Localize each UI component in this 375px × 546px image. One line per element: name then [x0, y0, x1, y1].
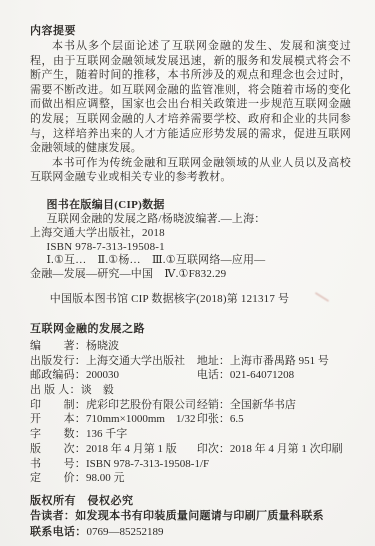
- contact-phone-label: 联系电话：: [30, 526, 87, 538]
- cip-line: ISBN 978-7-313-19508-1: [30, 241, 351, 255]
- colophon-label: 开 本：: [30, 413, 86, 425]
- colophon-value: 136 千字: [86, 428, 127, 440]
- colophon-value: 谈 毅: [81, 384, 114, 396]
- summary-paragraph: 本书从多个层面论述了互联网金融的发生、发展和演变过程，由于互联网金融领域发展迅速…: [30, 39, 351, 156]
- colophon-row: 版 次：2018 年 4 月第 1 版 印次：2018 年 4 月第 1 次印刷: [30, 442, 351, 457]
- colophon-value: 98.00 元: [86, 472, 125, 484]
- colophon-value: 虎彩印艺股份有限公司: [86, 399, 196, 411]
- colophon-label: 编 著：: [30, 340, 86, 352]
- colophon-value: 上海交通大学出版社: [86, 355, 185, 367]
- colophon-right-cell: [197, 339, 351, 354]
- colophon-label: 字 数：: [30, 428, 86, 440]
- colophon-right-cell: 印次：2018 年 4 月第 1 次印刷: [197, 442, 351, 457]
- colophon-value: 2018 年 4 月第 1 版: [86, 443, 177, 455]
- colophon-label: 版 次：: [30, 443, 86, 455]
- colophon-value: ISBN 978-7-313-19508-1/F: [86, 458, 209, 470]
- colophon-label: 出版发行：: [30, 355, 86, 367]
- colophon-right-cell: [197, 471, 351, 486]
- colophon-row: 邮政编码：200030 电话：021-64071208: [30, 368, 351, 383]
- colophon-label: 出 版 人：: [30, 384, 81, 396]
- colophon-right-cell: 经销：全国新华书店: [197, 398, 351, 413]
- cip-line: Ⅰ.①互… Ⅱ.①杨… Ⅲ.①互联网络—应用—: [30, 254, 351, 268]
- copyright-notice-section: 版权所有 侵权必究 告读者：如发现本书有印装质量问题请与印刷厂质量科联系 联系电…: [30, 494, 351, 541]
- summary-heading: 内容提要: [30, 24, 351, 39]
- cip-data-section: 图书在版编目(CIP)数据 互联网金融的发展之路/杨晓波编著.—上海： 上海交通…: [30, 198, 351, 307]
- summary-paragraph: 本书可作为传统金融和互联网金融领域的从业人员以及高校互联网金融专业或相关专业的参…: [30, 156, 351, 185]
- colophon-right-cell: 印张：6.5: [197, 412, 351, 427]
- colophon-right-cell: 电话：021-64071208: [197, 368, 351, 383]
- colophon-row: 编 著：杨晓波: [30, 339, 351, 354]
- book-title: 互联网金融的发展之路: [30, 321, 351, 337]
- colophon-value: 710mm×1000mm 1/32: [86, 413, 195, 425]
- contact-phone-line: 联系电话：0769—85252189: [30, 525, 351, 541]
- colophon-right-cell: [197, 383, 351, 398]
- colophon-section: 互联网金融的发展之路 编 著：杨晓波 出版发行：上海交通大学出版社 地址：上海市…: [30, 321, 351, 486]
- cip-heading: 图书在版编目(CIP)数据: [30, 198, 351, 213]
- colophon-label: 书 号：: [30, 458, 86, 470]
- colophon-value: 200030: [86, 369, 119, 381]
- copyright-page: 内容提要 本书从多个层面论述了互联网金融的发生、发展和演变过程，由于互联网金融领…: [0, 0, 375, 546]
- colophon-right-cell: 地址：上海市番禺路 951 号: [197, 354, 351, 369]
- cip-line: 互联网金融的发展之路/杨晓波编著.—上海：: [30, 213, 351, 227]
- colophon-row: 印 制：虎彩印艺股份有限公司 经销：全国新华书店: [30, 398, 351, 413]
- colophon-row: 字 数：136 千字: [30, 427, 351, 442]
- content-summary-section: 内容提要 本书从多个层面论述了互联网金融的发生、发展和演变过程，由于互联网金融领…: [30, 24, 351, 185]
- rights-statement: 版权所有 侵权必究: [30, 494, 351, 510]
- contact-phone-number: 0769—85252189: [87, 526, 164, 538]
- colophon-value: 杨晓波: [86, 340, 119, 352]
- colophon-row: 出版发行：上海交通大学出版社 地址：上海市番禺路 951 号: [30, 354, 351, 369]
- colophon-row: 定 价：98.00 元: [30, 471, 351, 486]
- colophon-label: 印 制：: [30, 399, 86, 411]
- colophon-right-cell: [209, 457, 351, 472]
- cip-line: 上海交通大学出版社，2018: [30, 227, 351, 241]
- cip-record-number: 中国版本图书馆 CIP 数据核字(2018)第 121317 号: [30, 292, 351, 307]
- colophon-row: 出 版 人：谈 毅: [30, 383, 351, 398]
- colophon-label: 定 价：: [30, 472, 86, 484]
- colophon-row: 开 本：710mm×1000mm 1/32 印张：6.5: [30, 412, 351, 427]
- colophon-right-cell: [197, 427, 351, 442]
- colophon-row: 书 号：ISBN 978-7-313-19508-1/F: [30, 457, 351, 472]
- cip-line: 金融—发展—研究—中国 Ⅳ.①F832.29: [30, 268, 351, 282]
- reader-notice: 告读者：如发现本书有印装质量问题请与印刷厂质量科联系: [30, 509, 351, 525]
- colophon-label: 邮政编码：: [30, 369, 86, 381]
